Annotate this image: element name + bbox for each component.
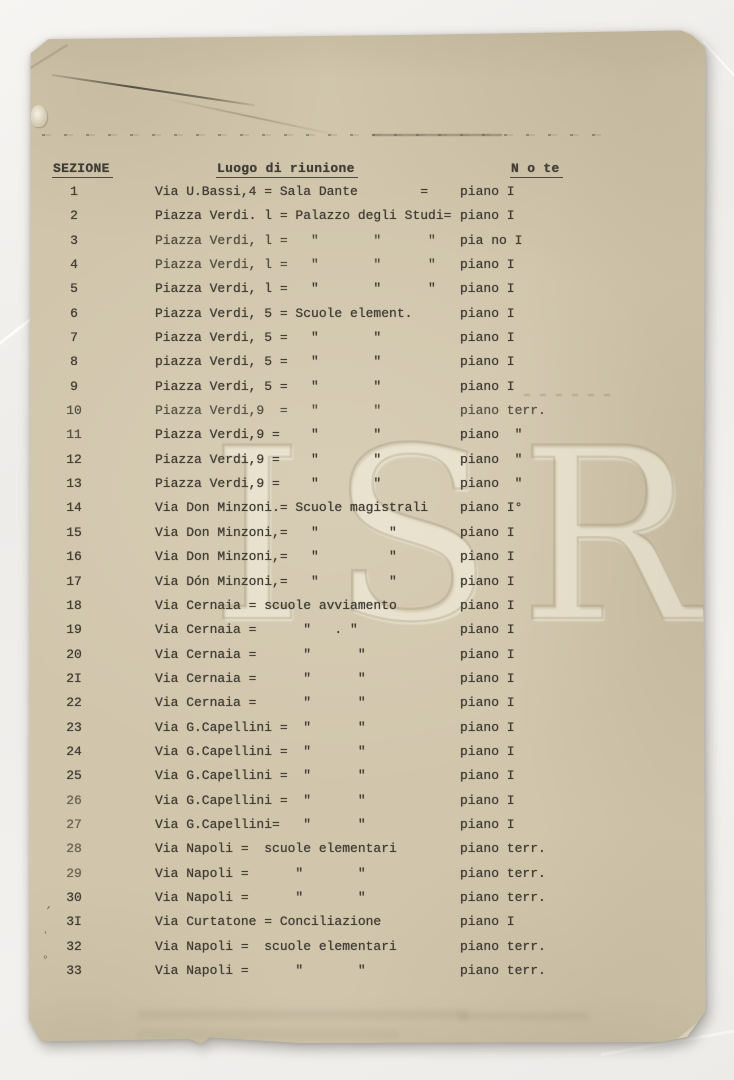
scanned-page-wrapper: ’ ʻ ° ISR SEZIONE Luogo di riunione N o … <box>28 30 706 1046</box>
column-header-luogo: Luogo di riunione <box>216 161 358 178</box>
table-row-16: 16 Via Don Minzoni,= " " piano I <box>28 549 706 573</box>
sezione-number: 22 <box>28 695 120 710</box>
table-row-3I: 3I Via Curtatone = Conciliazione piano I <box>28 914 706 938</box>
sezione-number: 18 <box>28 598 120 613</box>
sezione-number: 17 <box>28 574 120 589</box>
sezione-number: 8 <box>28 354 120 369</box>
sezione-number: 15 <box>28 525 120 540</box>
sezione-number: 4 <box>28 257 120 272</box>
table-row-9: 9 Piazza Verdi, 5 = " " piano I <box>28 379 706 403</box>
sezione-number: 27 <box>28 817 120 832</box>
note-text: piano " <box>460 452 522 467</box>
column-header-note: N o te <box>510 161 563 178</box>
sezione-number: 29 <box>28 866 120 881</box>
table-row-17: 17 Via Dón Minzoni,= " " piano I <box>28 574 706 598</box>
table-row-26: 26 Via G.Capellini = " " piano I <box>28 793 706 817</box>
luogo-text: Via G.Capellini = " " <box>155 793 366 808</box>
note-text: piano I <box>460 793 515 808</box>
luogo-text: Piazza Verdi, l = " " " <box>155 281 436 296</box>
table-row-14: 14 Via Don Minzoni.= Scuole magistrali p… <box>28 500 706 524</box>
table-row-2: 2 Piazza Verdi. l = Palazzo degli Studi=… <box>28 208 706 232</box>
table-row-18: 18 Via Cernaia = scuole avviamento piano… <box>28 598 706 622</box>
note-text: piano I <box>460 817 515 832</box>
table-row-23: 23 Via G.Capellini = " " piano I <box>28 720 706 744</box>
note-text: piano terr. <box>460 866 546 881</box>
note-text: piano I <box>460 306 515 321</box>
luogo-text: Piazza Verdi,9 = " " <box>155 427 381 442</box>
sezione-number: 9 <box>28 379 120 394</box>
table-row-1: 1 Via U.Bassi,4 = Sala Dante = piano I <box>28 184 706 208</box>
luogo-text: Piazza Verdi, 5 = " " <box>155 379 381 394</box>
table-row-8: 8 piazza Verdi, 5 = " " piano I <box>28 354 706 378</box>
luogo-text: Piazza Verdi, l = " " " <box>155 233 436 248</box>
note-text: piano I <box>460 768 515 783</box>
table-rows: 1 Via U.Bassi,4 = Sala Dante = piano I 2… <box>28 184 706 987</box>
note-text: piano I <box>460 671 515 686</box>
table-row-6: 6 Piazza Verdi, 5 = Scuole element. pian… <box>28 306 706 330</box>
sezione-number: 7 <box>28 330 120 345</box>
luogo-text: Via Cernaia = " . " <box>155 622 358 637</box>
luogo-text: Via Cernaia = scuole avviamento <box>155 598 397 613</box>
sezione-number: 33 <box>28 963 120 978</box>
table-row-22: 22 Via Cernaia = " " piano I <box>28 695 706 719</box>
table-header-row: SEZIONE Luogo di riunione N o te <box>28 161 706 179</box>
luogo-text: Piazza Verdi,9 = " " <box>155 403 381 418</box>
luogo-text: Via G.Capellini = " " <box>155 768 366 783</box>
sezione-number: 10 <box>28 403 120 418</box>
table-row-10: 10 Piazza Verdi,9 = " " piano terr. <box>28 403 706 427</box>
sezione-number: 30 <box>28 890 120 905</box>
table-row-27: 27 Via G.Capellini= " " piano I <box>28 817 706 841</box>
table-row-32: 32 Via Napoli = scuole elementari piano … <box>28 939 706 963</box>
luogo-text: Via Cernaia = " " <box>155 695 366 710</box>
note-text: piano I <box>460 184 515 199</box>
table-row-33: 33 Via Napoli = " " piano terr. <box>28 963 706 987</box>
sezione-number: 19 <box>28 622 120 637</box>
table-row-30: 30 Via Napoli = " " piano terr. <box>28 890 706 914</box>
note-text: piano I <box>460 549 515 564</box>
table-row-5: 5 Piazza Verdi, l = " " " piano I <box>28 281 706 305</box>
luogo-text: Via Napoli = scuole elementari <box>155 939 397 954</box>
luogo-text: Piazza Verdi. l = Palazzo degli Studi= <box>155 208 451 223</box>
table-row-25: 25 Via G.Capellini = " " piano I <box>28 768 706 792</box>
sezione-number: 24 <box>28 744 120 759</box>
sezione-number: 25 <box>28 768 120 783</box>
luogo-text: Piazza Verdi, 5 = Scuole element. <box>155 306 412 321</box>
sezione-number: 3 <box>28 233 120 248</box>
luogo-text: Via Dón Minzoni,= " " <box>155 574 397 589</box>
table-row-29: 29 Via Napoli = " " piano terr. <box>28 866 706 890</box>
luogo-text: Via Cernaia = " " <box>155 647 366 662</box>
luogo-text: Via G.Capellini= " " <box>155 817 366 832</box>
sezione-number: 2I <box>28 671 120 686</box>
sezione-number: 26 <box>28 793 120 808</box>
background-streak <box>702 41 734 102</box>
sezione-number: 5 <box>28 281 120 296</box>
table-row-11: 11 Piazza Verdi,9 = " " piano " <box>28 427 706 451</box>
note-text: piano I <box>460 281 515 296</box>
sezione-number: 12 <box>28 452 120 467</box>
note-text: piano terr. <box>460 841 546 856</box>
sezione-number: 16 <box>28 549 120 564</box>
luogo-text: Via Napoli = " " <box>155 890 366 905</box>
typewritten-document: SEZIONE Luogo di riunione N o te 1 Via U… <box>28 30 706 1046</box>
table-row-7: 7 Piazza Verdi, 5 = " " piano I <box>28 330 706 354</box>
note-text: piano I <box>460 622 515 637</box>
note-text: piano terr. <box>460 963 546 978</box>
note-text: piano I <box>460 379 515 394</box>
luogo-text: Via Cernaia = " " <box>155 671 366 686</box>
sezione-number: 23 <box>28 720 120 735</box>
note-text: piano I <box>460 720 515 735</box>
luogo-text: Via Napoli = scuole elementari <box>155 841 397 856</box>
sezione-number: 20 <box>28 647 120 662</box>
luogo-text: Via G.Capellini = " " <box>155 744 366 759</box>
note-text: piano I <box>460 525 515 540</box>
sezione-number: 32 <box>28 939 120 954</box>
note-text: piano " <box>460 476 522 491</box>
table-row-15: 15 Via Don Minzoni,= " " piano I <box>28 525 706 549</box>
sezione-number: 3I <box>28 914 120 929</box>
luogo-text: piazza Verdi, 5 = " " <box>155 354 381 369</box>
luogo-text: Via Don Minzoni,= " " <box>155 549 397 564</box>
table-row-13: 13 Piazza Verdi,9 = " " piano " <box>28 476 706 500</box>
note-text: piano terr. <box>460 890 546 905</box>
column-header-sezione: SEZIONE <box>52 161 113 178</box>
luogo-text: Via Napoli = " " <box>155 866 366 881</box>
note-text: piano I <box>460 744 515 759</box>
table-row-3: 3 Piazza Verdi, l = " " " pia no I <box>28 233 706 257</box>
note-text: piano I <box>460 574 515 589</box>
note-text: pia no I <box>460 233 522 248</box>
sezione-number: 1 <box>28 184 120 199</box>
luogo-text: Piazza Verdi, l = " " " <box>155 257 436 272</box>
table-row-19: 19 Via Cernaia = " . " piano I <box>28 622 706 646</box>
sezione-number: 14 <box>28 500 120 515</box>
table-row-12: 12 Piazza Verdi,9 = " " piano " <box>28 452 706 476</box>
note-text: piano terr. <box>460 403 546 418</box>
note-text: piano " <box>460 427 522 442</box>
table-row-28: 28 Via Napoli = scuole elementari piano … <box>28 841 706 865</box>
note-text: piano I <box>460 647 515 662</box>
sezione-number: 11 <box>28 427 120 442</box>
sezione-number: 13 <box>28 476 120 491</box>
note-text: piano I <box>460 330 515 345</box>
luogo-text: Via U.Bassi,4 = Sala Dante = <box>155 184 428 199</box>
scanned-page: ’ ʻ ° ISR SEZIONE Luogo di riunione N o … <box>28 30 706 1046</box>
note-text: piano I <box>460 598 515 613</box>
table-row-24: 24 Via G.Capellini = " " piano I <box>28 744 706 768</box>
table-row-20: 20 Via Cernaia = " " piano I <box>28 647 706 671</box>
luogo-text: Piazza Verdi,9 = " " <box>155 476 381 491</box>
note-text: piano I <box>460 695 515 710</box>
table-row-2I: 2I Via Cernaia = " " piano I <box>28 671 706 695</box>
note-text: piano I <box>460 257 515 272</box>
luogo-text: Piazza Verdi, 5 = " " <box>155 330 381 345</box>
luogo-text: Via Napoli = " " <box>155 963 366 978</box>
note-text: piano I <box>460 914 515 929</box>
luogo-text: Via G.Capellini = " " <box>155 720 366 735</box>
luogo-text: Via Don Minzoni,= " " <box>155 525 397 540</box>
luogo-text: Piazza Verdi,9 = " " <box>155 452 381 467</box>
luogo-text: Via Don Minzoni.= Scuole magistrali <box>155 500 428 515</box>
sezione-number: 2 <box>28 208 120 223</box>
sezione-number: 28 <box>28 841 120 856</box>
table-row-4: 4 Piazza Verdi, l = " " " piano I <box>28 257 706 281</box>
note-text: piano I° <box>460 500 522 515</box>
luogo-text: Via Curtatone = Conciliazione <box>155 914 381 929</box>
note-text: piano I <box>460 354 515 369</box>
note-text: piano I <box>460 208 515 223</box>
sezione-number: 6 <box>28 306 120 321</box>
note-text: piano terr. <box>460 939 546 954</box>
